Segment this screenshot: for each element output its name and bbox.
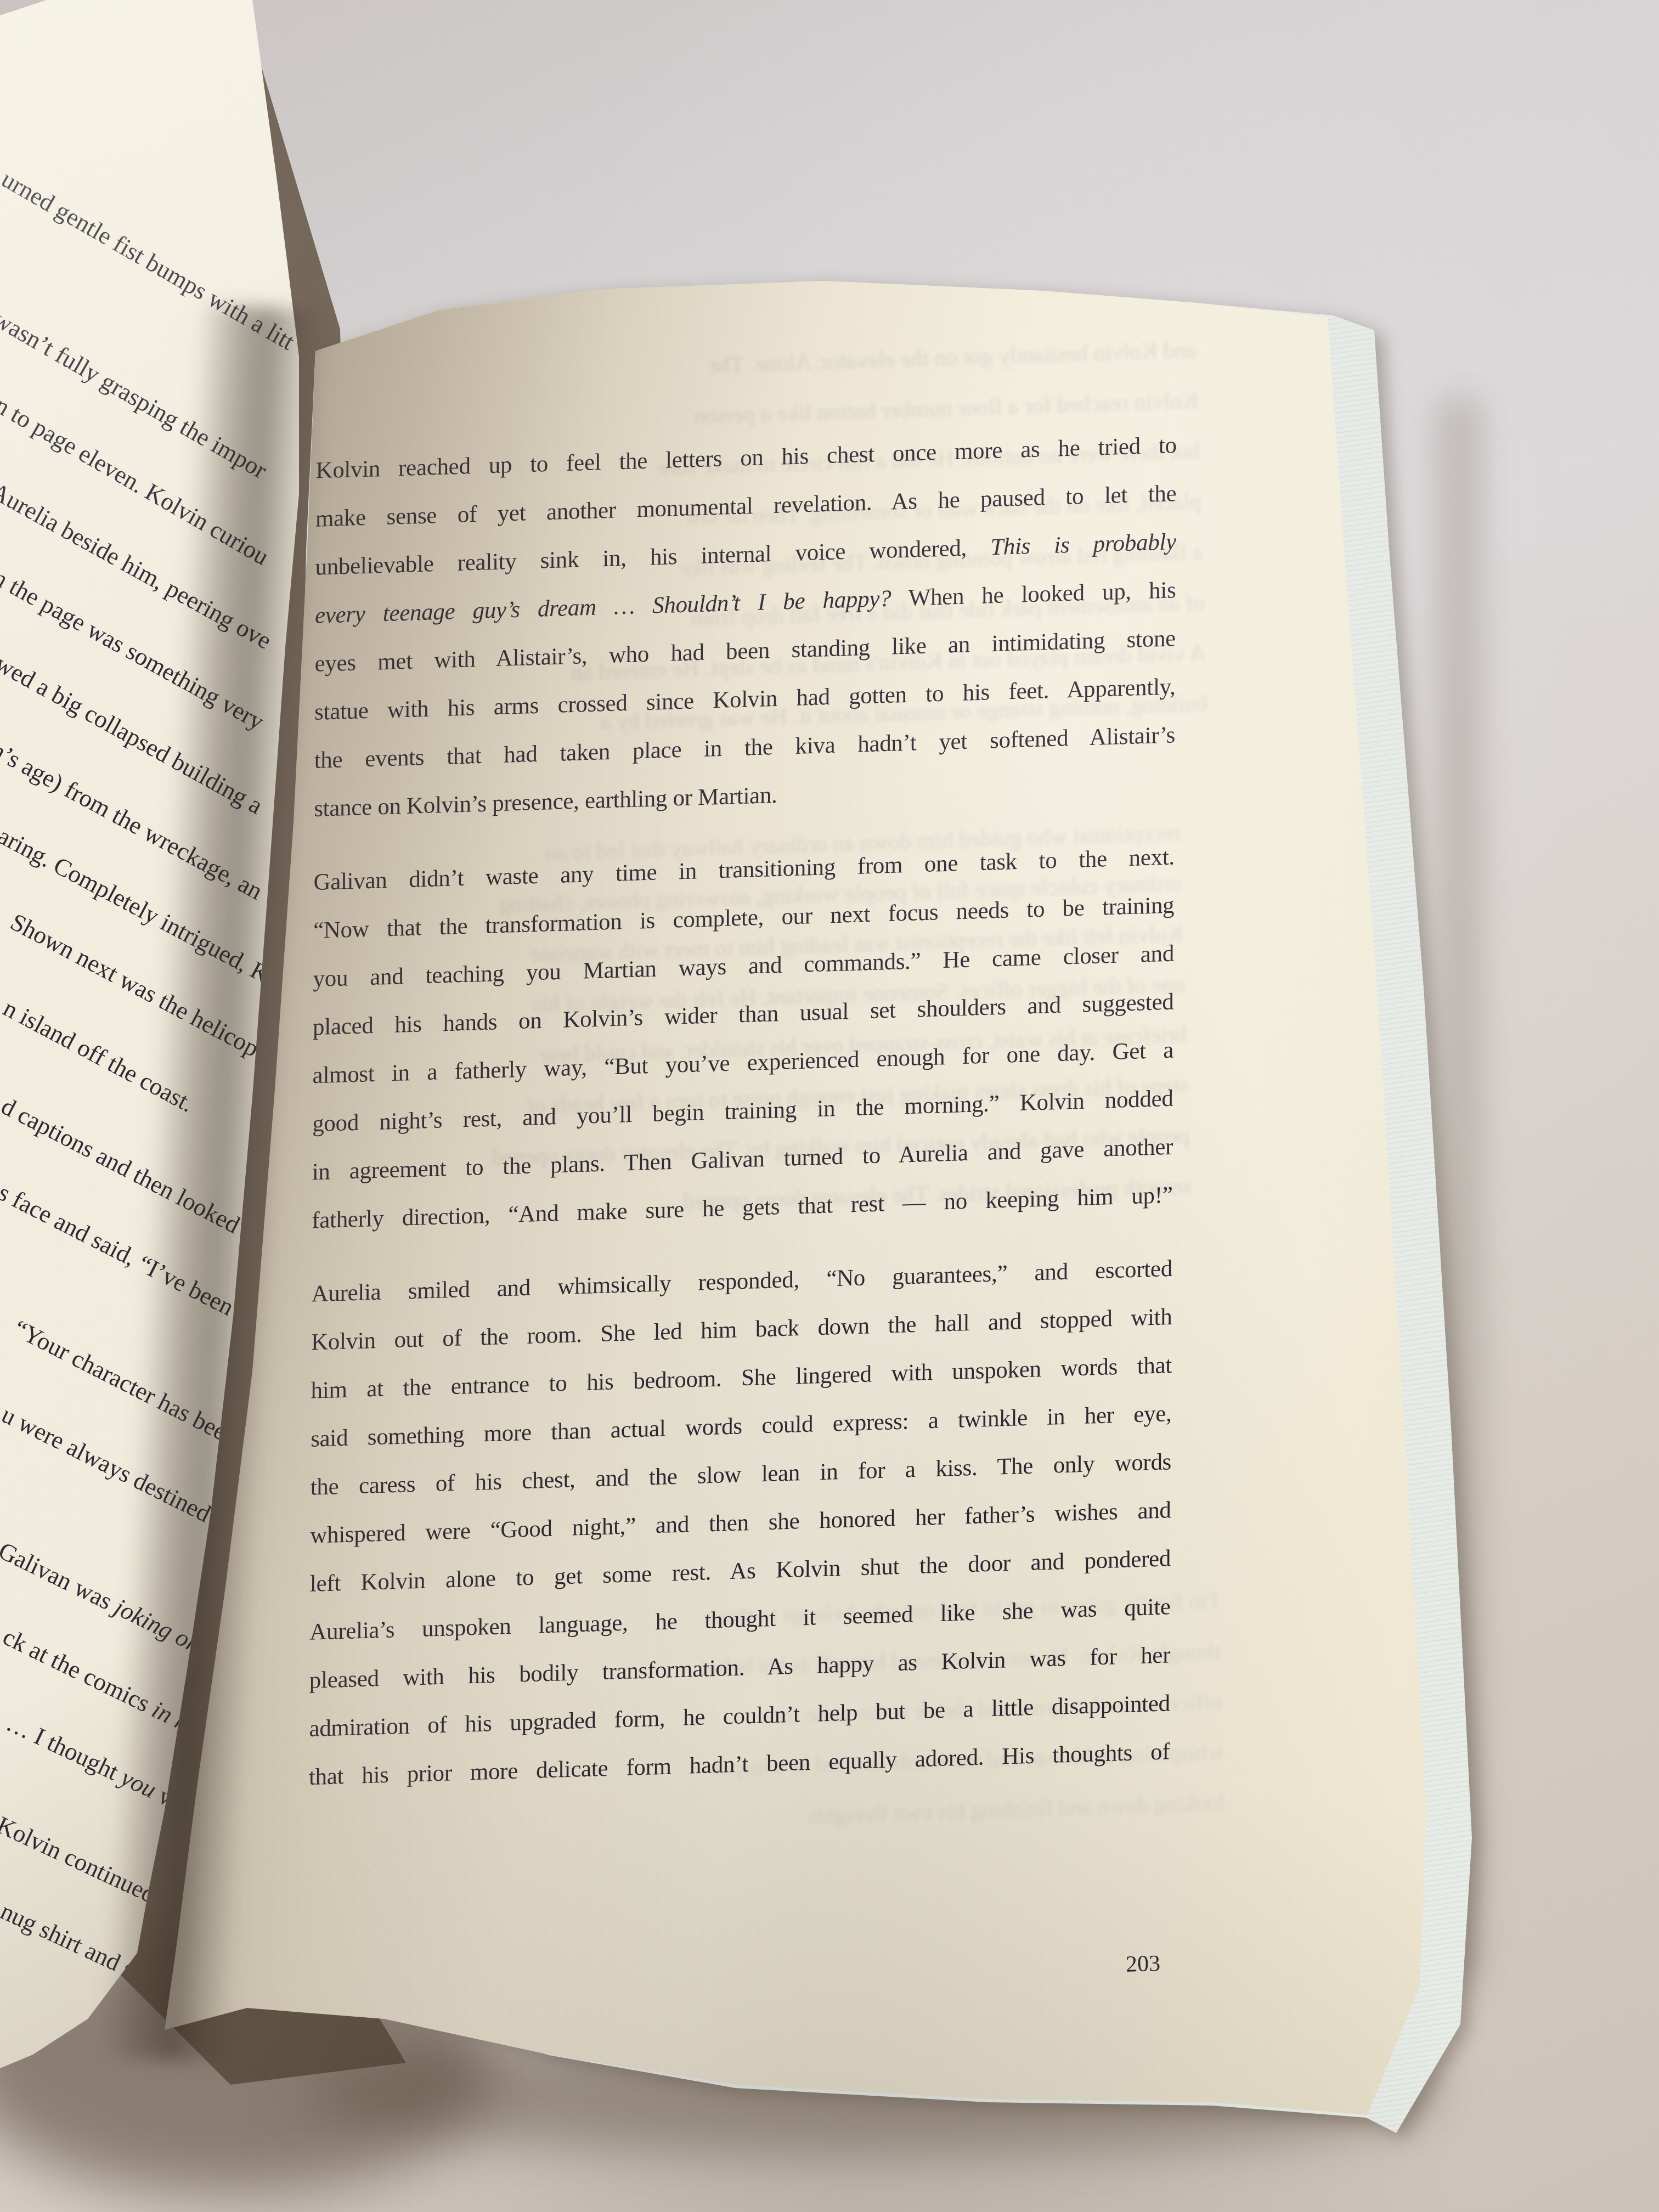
text-segment: … I thought <box>2 1709 128 1788</box>
text-segment: ck at the comics <box>0 1623 160 1720</box>
partial-text-line: wasn’t fully grasping the impor <box>0 304 272 484</box>
text-segment: n’s age) from the wreckage, an <box>0 736 267 905</box>
page-number: 203 <box>1125 1950 1161 1978</box>
partial-text-line: n’s age) from the wreckage, an <box>0 735 268 905</box>
text-segment: urned gentle fist bumps with a litt <box>0 165 300 356</box>
text-segment: wed a big collapsed building a <box>0 650 267 820</box>
partial-text-line: s face and said, “I’ve been w <box>0 1178 260 1333</box>
paragraph: Aurelia smiled and whimsically responded… <box>309 1245 1172 1802</box>
partial-text-line: Aurelia beside him, peering ove <box>0 477 276 655</box>
partial-text-line: aring. Completely intrigued, K <box>0 821 275 989</box>
text-segment: stance on Kolvin’s presence, earthling o… <box>314 782 777 822</box>
text-segment: unbelievable reality sink in, his intern… <box>315 534 990 580</box>
paragraph: Kolvin reached up to feel the letters on… <box>314 421 1177 833</box>
text-segment: wasn’t fully grasping the impor <box>0 305 272 484</box>
partial-text-line: urned gentle fist bumps with a litt <box>0 165 300 356</box>
text-segment: This is probably <box>990 529 1176 560</box>
partial-text-line: n the page was something very <box>0 563 269 736</box>
text-segment: n the page was something very <box>0 563 269 735</box>
paragraph: Galivan didn’t waste any time in transit… <box>312 833 1175 1245</box>
page-text: Kolvin reached up to feel the letters on… <box>309 421 1177 1827</box>
text-segment: every teenage guy’s dream … Shouldn’t I … <box>315 586 891 629</box>
partial-text-line: wed a big collapsed building a <box>0 649 268 820</box>
partial-text-line: n to page eleven. Kolvin curiou <box>0 391 274 571</box>
text-segment: n to page eleven. Kolvin curiou <box>0 391 274 571</box>
text-segment: Aurelia beside him, peering ove <box>0 477 276 654</box>
photo-scene: and Kolvin hesitantly got on the elevato… <box>0 0 1659 2212</box>
text-segment: aring. Completely intrigued, K <box>0 822 274 989</box>
text-segment: Galivan was <box>0 1537 122 1618</box>
text-segment: When he looked up, his <box>891 577 1176 611</box>
